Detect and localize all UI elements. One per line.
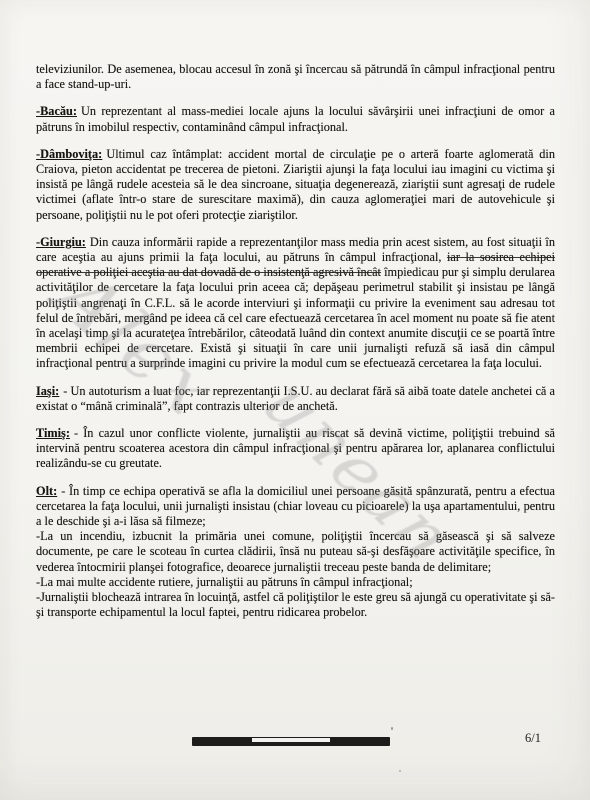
paragraph-text: Un reprezentant al mass-mediei locale aj… <box>36 104 555 133</box>
scan-speck <box>399 770 401 772</box>
paragraph-text: -La un incendiu, izbucnit la primăria un… <box>36 529 555 573</box>
section-iasi: Iaşi:- Un autoturism a luat foc, iar rep… <box>36 384 555 414</box>
section-olt-item-4: -Jurnaliştii blochează intrarea în locui… <box>36 590 555 620</box>
section-olt-item-2: -La un incendiu, izbucnit la primăria un… <box>36 529 555 575</box>
redaction-bar-gap <box>252 738 330 742</box>
redaction-bar <box>192 737 390 746</box>
section-heading-giurgiu: -Giurgiu: <box>36 235 86 249</box>
paragraph-text: -La mai multe accidente rutiere, jurnali… <box>36 575 413 589</box>
section-olt: Olt:- În timp ce echipa operativă se afl… <box>36 484 555 530</box>
document-body: televiziunilor. De asemenea, blocau acce… <box>36 62 555 621</box>
paragraph-text: - Un autoturism a luat foc, iar reprezen… <box>36 384 555 413</box>
section-heading-timis: Timiş: <box>36 426 70 440</box>
paragraph-intro-continuation: televiziunilor. De asemenea, blocau acce… <box>36 62 555 92</box>
paragraph-text: - În cazul unor conflicte violente, jurn… <box>36 426 555 470</box>
section-timis: Timiş:- În cazul unor conflicte violente… <box>36 426 555 472</box>
paragraph-text: -Jurnaliştii blochează intrarea în locui… <box>36 590 555 619</box>
section-heading-iasi: Iaşi: <box>36 384 59 398</box>
scanned-page-background: televiziunilor. De asemenea, blocau acce… <box>0 0 590 800</box>
section-heading-bacau: -Bacău: <box>36 104 77 118</box>
paragraph-text: televiziunilor. De asemenea, blocau acce… <box>36 62 555 91</box>
section-dambovita: -Dâmboviţa:Ultimul caz întâmplat: accide… <box>36 147 555 223</box>
scan-speck <box>391 727 393 730</box>
section-heading-dambovita: -Dâmboviţa: <box>36 147 102 161</box>
section-bacau: -Bacău:Un reprezentant al mass-mediei lo… <box>36 104 555 134</box>
page-number: 6/1 <box>525 731 541 746</box>
section-giurgiu: -Giurgiu:Din cauza informării rapide a r… <box>36 235 555 372</box>
section-heading-olt: Olt: <box>36 484 57 498</box>
section-olt-item-3: -La mai multe accidente rutiere, jurnali… <box>36 575 555 590</box>
paragraph-text: împiedicau pur şi simplu derularea activ… <box>36 265 555 370</box>
paragraph-text: - În timp ce echipa operativă se afla la… <box>36 484 555 528</box>
paragraph-text: Ultimul caz întâmplat: accident mortal d… <box>36 147 555 222</box>
